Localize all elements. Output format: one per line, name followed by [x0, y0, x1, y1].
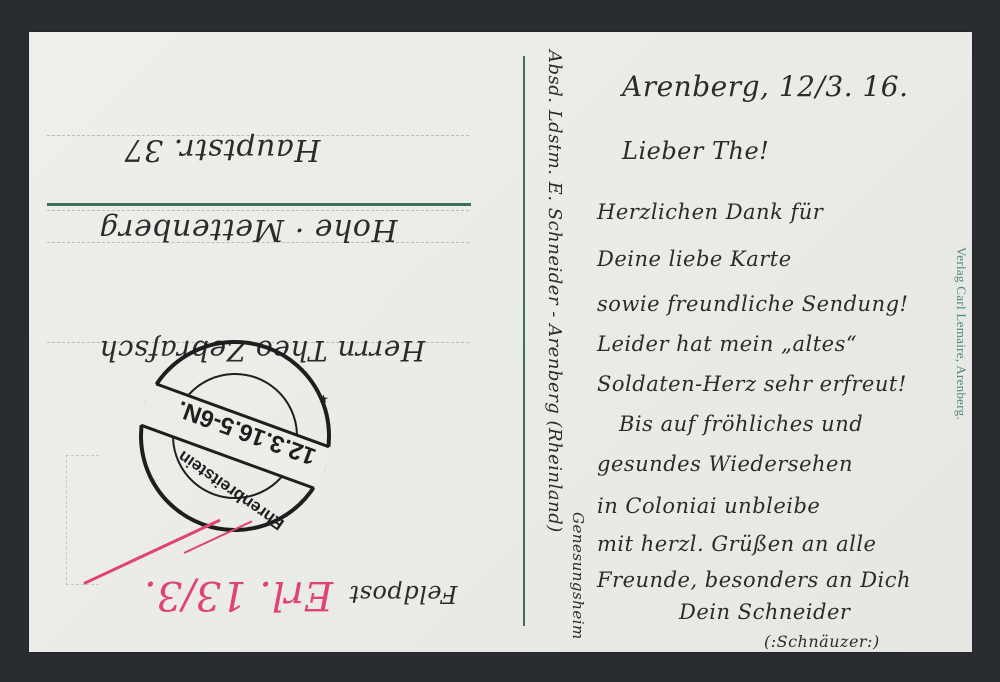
message-line: gesundes Wiedersehen [597, 452, 853, 476]
green-rule-horizontal [47, 203, 471, 206]
sender-vertical-extra: Genesungsheim [569, 512, 587, 640]
message-line: Deine liebe Karte [597, 247, 792, 271]
message-line: Bis auf fröhliches und [619, 412, 863, 436]
message-line: sowie freundliche Sendung! [597, 292, 908, 316]
message-line: Herzlichen Dank für [597, 200, 823, 224]
publisher-imprint: Verlag Carl Lemaire, Arenberg. [953, 247, 969, 420]
message-closing: Dein Schneider [679, 600, 850, 624]
message-line: Soldaten-Herz sehr erfreut! [597, 372, 907, 396]
address-guide-line [47, 210, 469, 211]
postmark-star-icon: ★ [318, 392, 329, 406]
green-rule-vertical [523, 56, 525, 626]
military-mark: Feldpost [349, 580, 457, 608]
postcard: Hauptstr. 37 Hohe · Mettenberg Herrn The… [29, 32, 972, 652]
address-house-line: Hauptstr. 37 [124, 132, 320, 167]
message-greeting: Lieber The! [622, 137, 769, 165]
sender-vertical-text: Absd. Ldstm. E. Schneider - Arenberg (Rh… [544, 50, 565, 533]
message-line: mit herzl. Grüßen an alle [597, 532, 876, 556]
address-street-line: Hohe · Mettenberg [99, 212, 398, 247]
message-nickname: (:Schnäuzer:) [764, 632, 880, 651]
message-line: in Coloniai unbleibe [597, 494, 820, 518]
message-line: Leider hat mein „altes“ [597, 332, 857, 356]
red-annotation: Erl. 13/3. [144, 572, 333, 618]
stamp-placeholder-box [66, 455, 99, 585]
message-line: Freunde, besonders an Dich [597, 568, 911, 592]
message-place-date: Arenberg, 12/3. 16. [622, 70, 909, 103]
